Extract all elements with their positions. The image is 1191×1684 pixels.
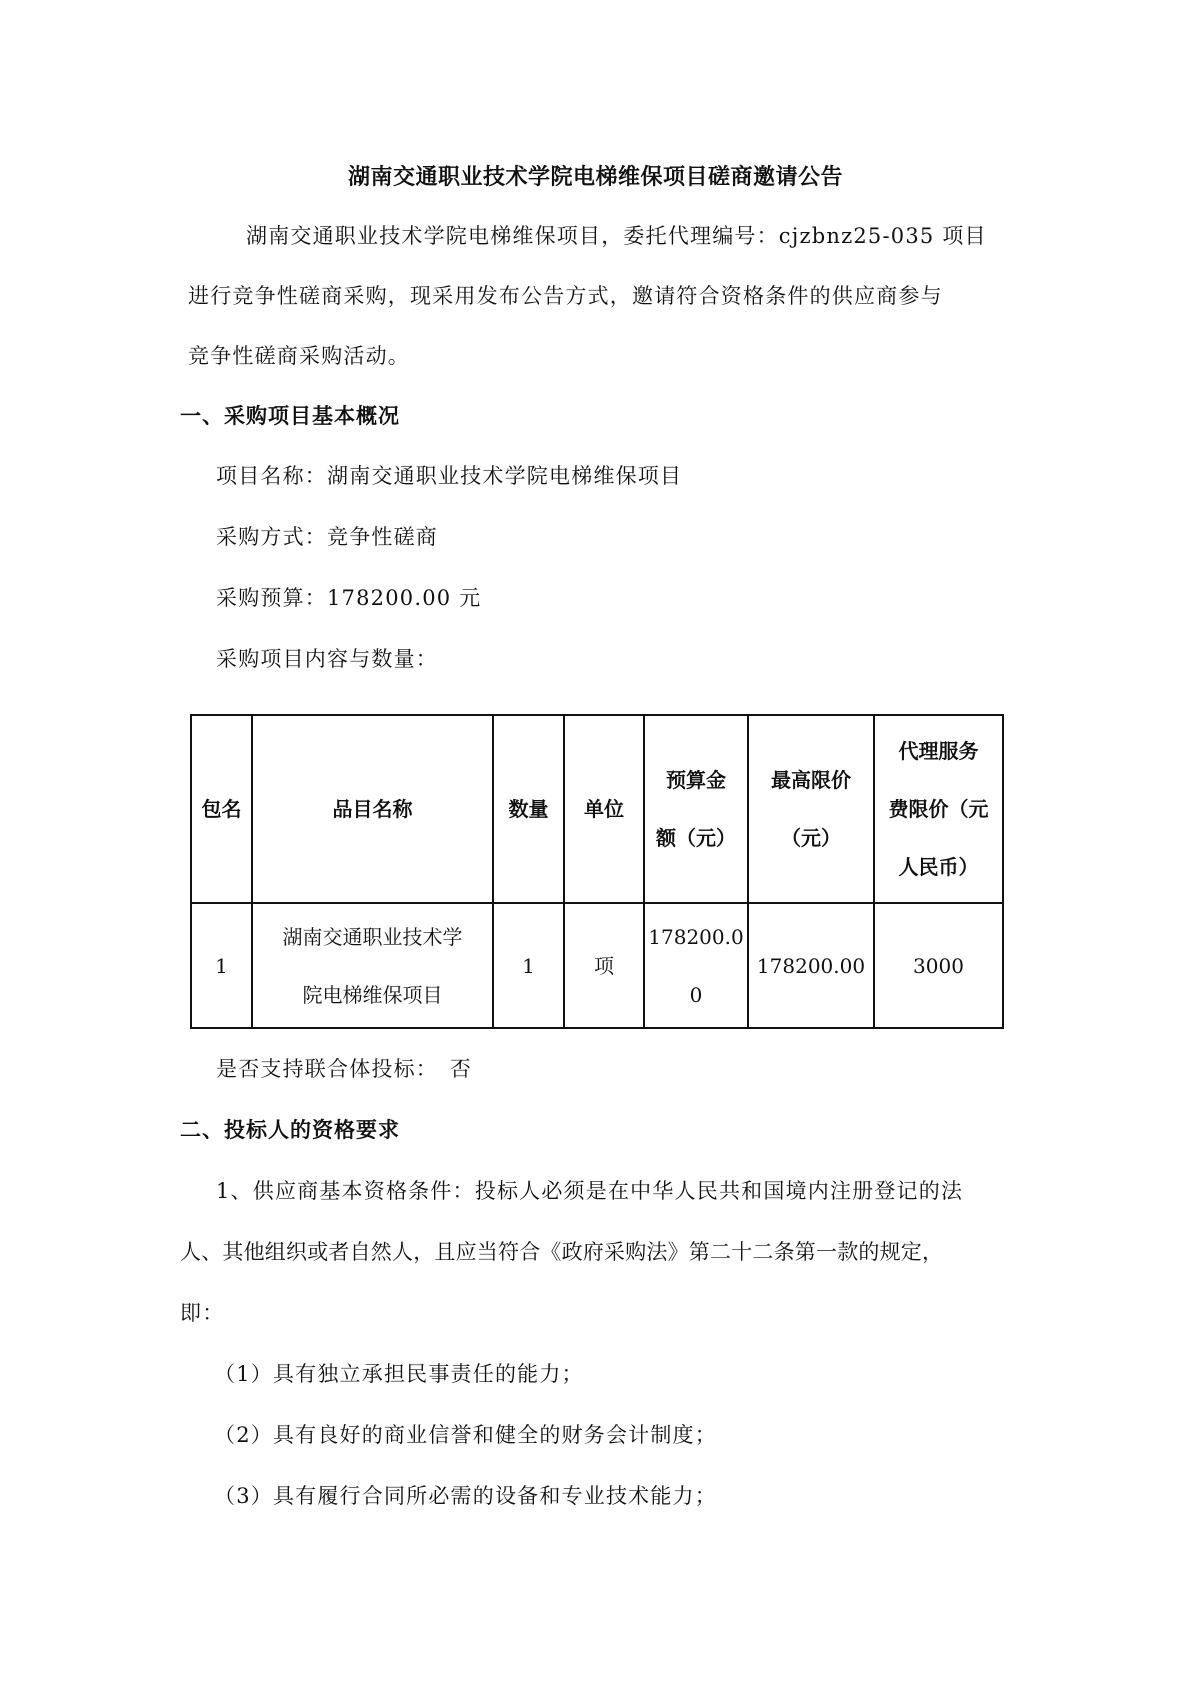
requirement-item-1: （1）具有独立承担民事责任的能力；	[214, 1358, 584, 1388]
table-header-row: 包名 品目名称 数量 单位 预算金 额（元） 最高限价 （元） 代理服务 费限价…	[191, 715, 1003, 903]
cell-budget: 178200.0 0	[644, 903, 748, 1028]
content-label: 采购项目内容与数量：	[216, 643, 438, 673]
header-agency-fee-line2: 费限价（元	[875, 780, 1002, 838]
header-max-price-line2: （元）	[749, 809, 873, 867]
header-max-price: 最高限价 （元）	[748, 715, 874, 903]
consortium-bid: 是否支持联合体投标： 否	[216, 1053, 472, 1083]
table-row: 1 湖南交通职业技术学 院电梯维保项目 1 项 178200.0 0 17820…	[191, 903, 1003, 1028]
requirement-item-3: （3）具有履行合同所必需的设备和专业技术能力；	[214, 1480, 717, 1510]
cell-max-price: 178200.00	[748, 903, 874, 1028]
procurement-budget: 采购预算：178200.00 元	[216, 582, 481, 612]
header-budget: 预算金 额（元）	[644, 715, 748, 903]
page-title: 湖南交通职业技术学院电梯维保项目磋商邀请公告	[0, 160, 1191, 191]
cell-budget-line1: 178200.0	[645, 908, 747, 966]
intro-line-3: 竞争性磋商采购活动。	[188, 340, 410, 370]
cell-unit: 项	[564, 903, 644, 1028]
requirement-1-line-1: 1、供应商基本资格条件：投标人必须是在中华人民共和国境内注册登记的法	[216, 1175, 963, 1205]
header-agency-fee-line1: 代理服务	[875, 722, 1002, 780]
intro-line-1: 湖南交通职业技术学院电梯维保项目，委托代理编号：cjzbnz25-035 项目	[246, 220, 987, 250]
cell-item-name-line1: 湖南交通职业技术学	[253, 908, 492, 966]
items-table: 包名 品目名称 数量 单位 预算金 额（元） 最高限价 （元） 代理服务 费限价…	[190, 714, 1004, 1029]
requirement-1-line-2: 人、其他组织或者自然人，且应当符合《政府采购法》第二十二条第一款的规定，	[180, 1236, 943, 1266]
header-agency-fee-line3: 人民币）	[875, 838, 1002, 896]
intro-line-2: 进行竞争性磋商采购，现采用发布公告方式，邀请符合资格条件的供应商参与	[188, 280, 943, 310]
cell-item-name-line2: 院电梯维保项目	[253, 966, 492, 1024]
header-unit: 单位	[564, 715, 644, 903]
section-1-heading: 一、采购项目基本概况	[180, 400, 400, 430]
header-quantity: 数量	[493, 715, 564, 903]
cell-package: 1	[191, 903, 252, 1028]
header-budget-line2: 额（元）	[645, 809, 747, 867]
header-budget-line1: 预算金	[645, 751, 747, 809]
section-2-heading: 二、投标人的资格要求	[180, 1114, 400, 1144]
requirement-1-line-3: 即：	[180, 1297, 224, 1327]
header-item-name: 品目名称	[252, 715, 493, 903]
header-package: 包名	[191, 715, 252, 903]
header-agency-fee: 代理服务 费限价（元 人民币）	[874, 715, 1003, 903]
cell-quantity: 1	[493, 903, 564, 1028]
cell-agency-fee: 3000	[874, 903, 1003, 1028]
requirement-item-2: （2）具有良好的商业信誉和健全的财务会计制度；	[214, 1419, 717, 1449]
cell-budget-line2: 0	[645, 966, 747, 1024]
procurement-method: 采购方式：竞争性磋商	[216, 521, 438, 551]
cell-item-name: 湖南交通职业技术学 院电梯维保项目	[252, 903, 493, 1028]
project-name: 项目名称：湖南交通职业技术学院电梯维保项目	[216, 460, 682, 490]
header-max-price-line1: 最高限价	[749, 751, 873, 809]
